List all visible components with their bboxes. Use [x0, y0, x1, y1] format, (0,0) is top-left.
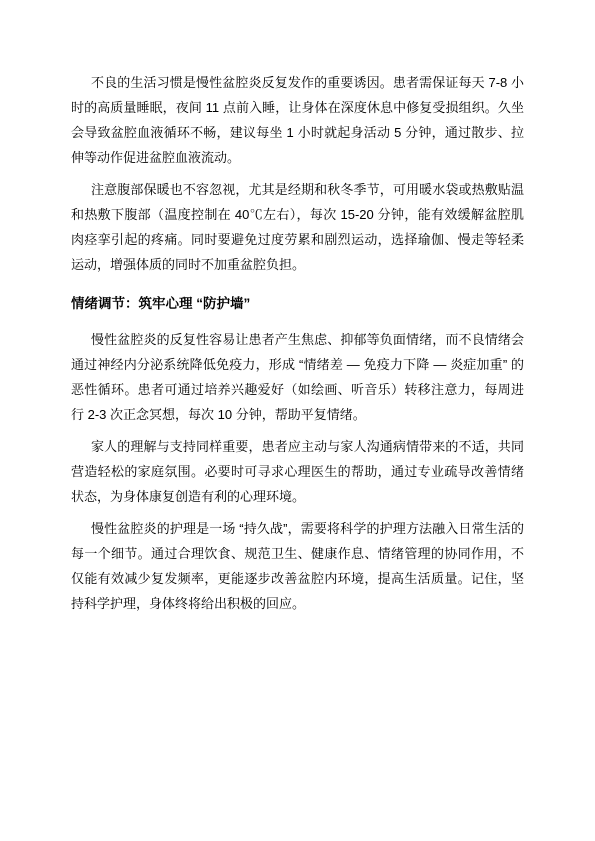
paragraph-negative-emotions: 慢性盆腔炎的反复性容易让患者产生焦虑、抑郁等负面情绪，而不良情绪会通过神经内分泌…: [71, 327, 524, 427]
paragraph-conclusion: 慢性盆腔炎的护理是一场 “持久战”，需要将科学的护理方法融入日常生活的每一个细节…: [71, 516, 524, 616]
paragraph-abdomen-warmth: 注意腹部保暖也不容忽视，尤其是经期和秋冬季节，可用暖水袋或热敷贴温和热敷下腹部（…: [71, 177, 524, 277]
section-heading-emotion-regulation: 情绪调节：筑牢心理 “防护墙”: [71, 293, 524, 315]
paragraph-family-support: 家人的理解与支持同样重要，患者应主动与家人沟通病情带来的不适，共同营造轻松的家庭…: [71, 434, 524, 509]
paragraph-lifestyle-habits: 不良的生活习惯是慢性盆腔炎反复发作的重要诱因。患者需保证每天 7-8 小时的高质…: [71, 70, 524, 170]
document-page: 不良的生活习惯是慢性盆腔炎反复发作的重要诱因。患者需保证每天 7-8 小时的高质…: [0, 0, 595, 841]
